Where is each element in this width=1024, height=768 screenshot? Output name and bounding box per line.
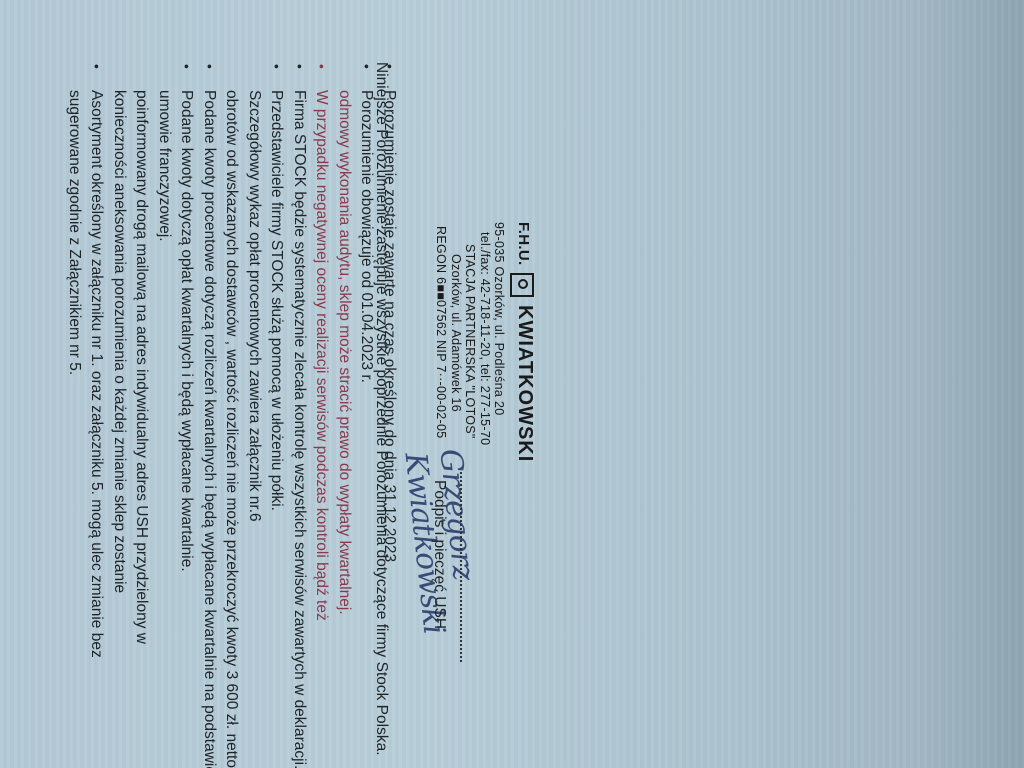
list-item: konieczności aneksowania porozumienia o … [112,90,128,593]
stamp-brand: KWIATKOWSKI [514,305,536,462]
list-item: sugerowane zgodnie z Załącznikiem nr 5. [67,90,83,375]
company-logo-icon [510,273,534,297]
bullet-icon: • [316,64,330,69]
list-item: Szczegółowy wykaz opłat procentowych zaw… [247,90,263,522]
list-item: odmowy wykonania audytu, sklep może stra… [337,90,353,615]
stamp-line: Ozorków, ul. Adamówek 16 [448,222,463,462]
list-item: umowie franczyzowej. [157,90,173,242]
bullet-icon: • [271,64,285,69]
bullet-icon: • [293,64,307,69]
bullet-icon: • [91,64,105,69]
stamp-prefix: F.H.U. [515,222,532,265]
handwritten-signature: Grzegorz Kwiatkowski [398,447,501,768]
stamp-lines: 95-035 Ozorków, ul. Podleśna 20 tel./fax… [434,222,507,462]
bullet-icon: • [203,64,217,69]
bullet-icon: • [181,64,195,69]
signature-label: Podpis i pieczęć USH [430,480,448,629]
list-item: Asortyment określony w załączniku nr 1. … [89,90,105,658]
stamp-line: 95-035 Ozorków, ul. Podleśna 20 [492,222,507,462]
stamp-header: F.H.U. KWIATKOWSKI [510,222,536,462]
stamp-line: tel./fax: 42-718-11-20, tel: 277-15-70 [477,222,492,462]
list-item: Firma STOCK będzie systematycznie zlecał… [292,90,308,768]
list-item: Przedstawiciele firmy STOCK służą pomocą… [269,90,285,511]
stamp-line: STACJA PARTNERSKA "LOTOS" [463,222,478,462]
scanned-page: sugerowane zgodnie z Załącznikiem nr 5.A… [0,0,1024,768]
company-stamp: F.H.U. KWIATKOWSKI 95-035 Ozorków, ul. P… [434,222,536,462]
list-item: Podane kwoty dotyczą opłat kwartalnych i… [179,90,195,572]
list-item: poinformowany drogą mailową na adres ind… [134,90,150,644]
list-item: W przypadku negatywnej oceny realizacji … [314,90,330,621]
stamp-line: REGON 6■■07562 NIP 7··-00-02-05 [434,222,449,462]
signature-dotted-line [460,472,462,662]
list-item: obrotów od wskazanych dostawców , wartoś… [224,90,240,768]
closing-statement: Niniejsze Porozumienie zastępuje wszystk… [372,62,390,756]
list-item: Podane kwoty procentowe dotyczą rozlicze… [202,90,218,768]
